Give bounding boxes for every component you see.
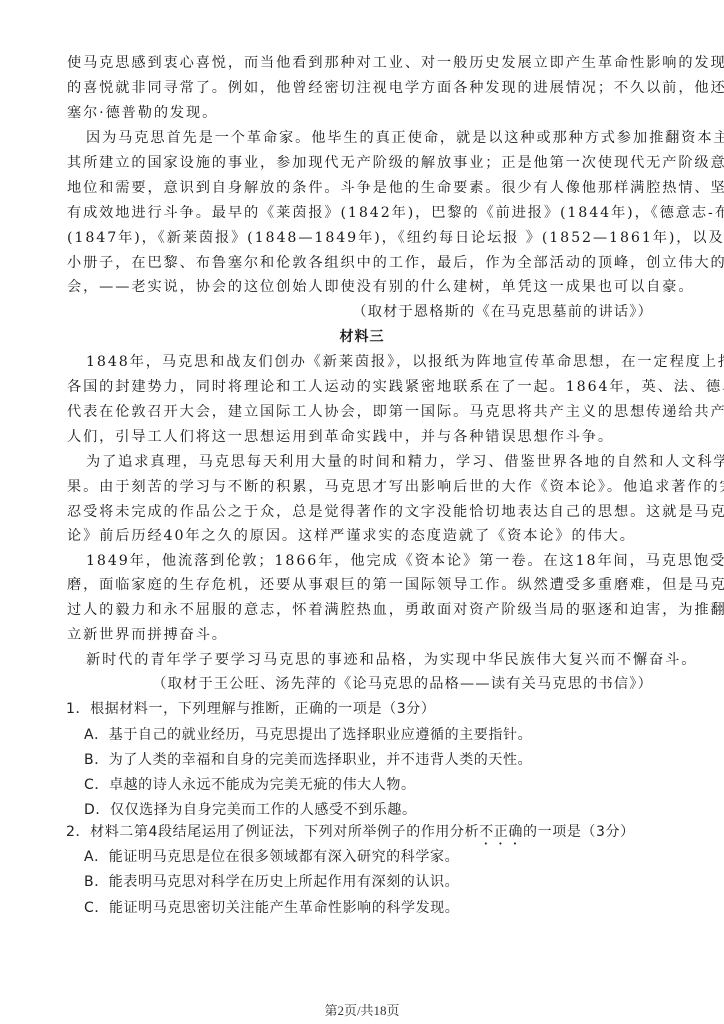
paragraph-line: 其所建立的国家设施的事业，参加现代无产阶级的解放事业；正是他第一次使现代无产阶级…	[67, 151, 653, 176]
paragraph-line: 过人的毅力和永不屈服的意志，怀着满腔热血，勇敢面对资产阶级当局的驱逐和迫害，为推…	[67, 598, 653, 623]
paragraph-line: 论》前后历经40年之久的原因。这样严谨求实的态度造就了《资本论》的伟大。	[67, 524, 653, 549]
paragraph-line: (1847年)，《新莱茵报》(1848—1849年)，《纽约每日论坛报 》(18…	[67, 226, 653, 251]
paragraph-line: 立新世界而拼搏奋斗。	[67, 623, 653, 648]
paragraph-line: 各国的封建势力，同时将理论和工人运动的实践紧密地联系在了一起。1864年，英、法…	[67, 375, 653, 400]
question-1-stem: 1．根据材料一，下列理解与推断，正确的一项是（3分）	[66, 697, 435, 722]
paragraph-line: 使马克思感到衷心喜悦，而当他看到那种对工业、对一般历史发展立即产生革命性影响的发…	[67, 51, 653, 76]
question-1-option-a: A．基于自己的就业经历，马克思提出了选择职业应遵循的主要指针。	[84, 723, 532, 748]
question-2-emphasis: 不正确	[479, 824, 523, 840]
exam-page: 使马克思感到衷心喜悦，而当他看到那种对工业、对一般历史发展立即产生革命性影响的发…	[0, 0, 724, 1024]
paragraph-line: 为了追求真理，马克思每天利用大量的时间和精力，学习、借鉴世界各地的自然和人文科学…	[86, 450, 653, 475]
paragraph-line: 人们，引导工人们将这一思想运用到革命实践中，并与各种错误思想作斗争。	[67, 425, 653, 450]
source-citation: （取材于王公旺、汤先萍的《论马克思的品格——读有关马克思的书信》）	[67, 672, 653, 697]
paragraph-line: 新时代的青年学子要学习马克思的事迹和品格，为实现中华民族伟大复兴而不懈奋斗。	[86, 648, 653, 673]
paragraph-line: 磨，面临家庭的生存危机，还要从事艰巨的第一国际领导工作。纵然遭受多重磨难，但是马…	[67, 573, 653, 598]
paragraph-line: 1848年，马克思和战友们创办《新莱茵报》，以报纸为阵地宣传革命思想，在一定程度…	[86, 350, 653, 375]
question-2-stem: 2．材料二第4段结尾运用了例证法，下列对所举例子的作用分析不正确的一项是（3分）	[66, 820, 635, 845]
question-2-stem-before: 2．材料二第4段结尾运用了例证法，下列对所举例子的作用分析	[66, 824, 479, 840]
paragraph-line: 塞尔·德普勒的发现。	[67, 101, 653, 126]
section-title: 材料三	[0, 325, 724, 350]
question-2-option-b: B．能表明马克思对科学在历史上所起作用有深刻的认识。	[84, 870, 459, 895]
paragraph-line: 代表在伦敦召开大会，建立国际工人协会，即第一国际。马克思将共产主义的思想传递给共…	[67, 400, 653, 425]
question-2-option-a: A．能证明马克思是位在很多领域都有深入研究的科学家。	[84, 845, 459, 870]
paragraph-line: 有成效地进行斗争。最早的《莱茵报》(1842年)，巴黎的《前进报》(1844年)…	[67, 201, 653, 226]
question-1-option-b: B．为了人类的幸福和自身的完美而选择职业，并不违背人类的天性。	[84, 748, 532, 773]
paragraph-line: 因为马克思首先是一个革命家。他毕生的真正使命，就是以这种或那种方式参加推翻资本主…	[86, 126, 653, 151]
paragraph-line: 的喜悦就非同寻常了。例如，他曾经密切注视电学方面各种发现的进展情况；不久以前，他…	[67, 76, 653, 101]
question-2-option-c: C．能证明马克思密切关注能产生革命性影响的科学发现。	[84, 896, 459, 921]
question-2-stem-after: 的一项是（3分）	[523, 824, 635, 840]
question-1-option-c: C．卓越的诗人永远不能成为完美无疵的伟大人物。	[84, 773, 416, 798]
page-number: 第2页/共18页	[0, 1000, 724, 1019]
paragraph-line: 会，——老实说，协会的这位创始人即使没有别的什么建树，单凭这一成果也可以自豪。	[67, 275, 653, 300]
source-citation: （取材于恩格斯的《在马克思墓前的讲话》）	[67, 300, 653, 325]
paragraph-line: 地位和需要，意识到自身解放的条件。斗争是他的生命要素。很少有人像他那样满腔热情、…	[67, 176, 653, 201]
paragraph-line: 忍受将未完成的作品公之于众，总是觉得著作的文字没能恰切地表达自己的思想。这就是马…	[67, 500, 653, 525]
paragraph-line: 1849年，他流落到伦敦；1866年，他完成《资本论》第一卷。在这18年间，马克…	[86, 549, 653, 574]
paragraph-line: 小册子，在巴黎、布鲁塞尔和伦敦各组织中的工作，最后，作为全部活动的顶峰，创立伟大…	[67, 251, 653, 276]
paragraph-line: 果。由于刻苦的学习与不断的积累，马克思才写出影响后世的大作《资本论》。他追求著作…	[67, 475, 653, 500]
